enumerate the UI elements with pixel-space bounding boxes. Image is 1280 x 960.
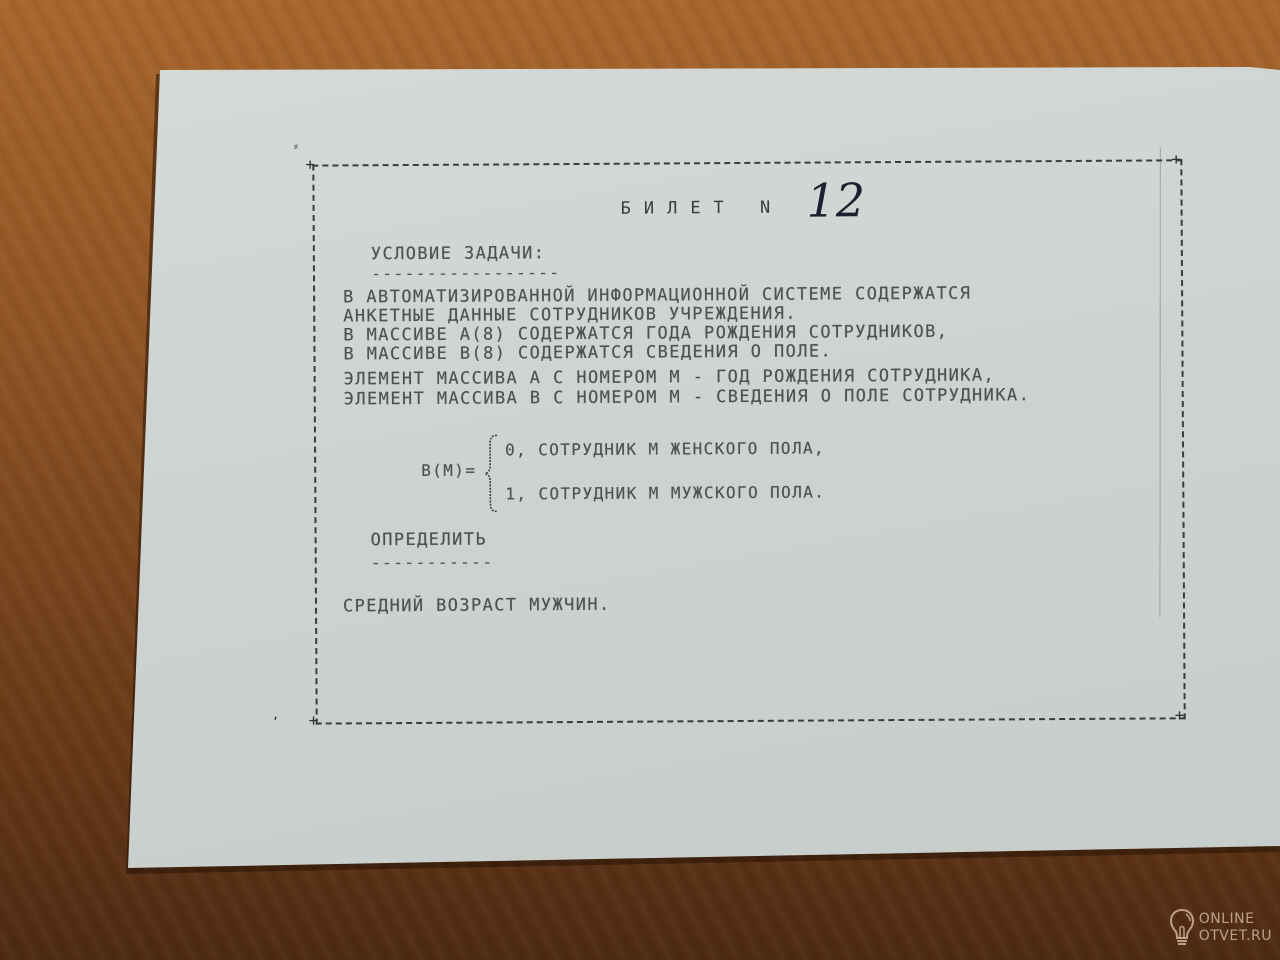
condition-heading: УСЛОВИЕ ЗАДАЧИ: bbox=[371, 243, 546, 264]
determine-heading: ОПРЕДЕЛИТЬ bbox=[371, 530, 487, 551]
determine-section: ОПРЕДЕЛИТЬ ----------- СРЕДНИЙ ВОЗРАСТ М… bbox=[0, 0, 1277, 5]
corner-plus-top-left: + bbox=[305, 157, 315, 173]
stray-mark: ʼ bbox=[272, 715, 279, 729]
formula-lhs: B(M)= bbox=[421, 461, 476, 480]
formula-block: B(M)= 0, СОТРУДНИК M ЖЕНСКОГО ПОЛА, 1, С… bbox=[0, 0, 1277, 5]
ticket-title: БИЛЕТ N bbox=[621, 198, 784, 219]
condition-section: УСЛОВИЕ ЗАДАЧИ: ----------------- В АВТО… bbox=[0, 0, 1277, 5]
watermark-line-1: ONLINE bbox=[1199, 911, 1272, 928]
formula-case-male: 1, СОТРУДНИК M МУЖСКОГО ПОЛА. bbox=[505, 482, 825, 503]
stray-mark: ⸗ bbox=[292, 139, 299, 154]
curly-brace-icon bbox=[483, 433, 499, 513]
watermark: ONLINE OTVET.RU bbox=[1169, 908, 1272, 948]
corner-plus-top-right: + bbox=[1171, 151, 1181, 167]
corner-plus-bottom-right: + bbox=[1175, 707, 1185, 723]
ticket-number-handwritten: 12 bbox=[806, 177, 865, 223]
lightbulb-icon bbox=[1169, 908, 1195, 948]
exam-ticket-sheet: ⸗ + + + + БИЛЕТ N 12 УСЛОВИЕ ЗАДАЧИ: ---… bbox=[0, 0, 1280, 960]
condition-line: ЭЛЕМЕНТ МАССИВА B С НОМЕРОМ M - СВЕДЕНИЯ… bbox=[344, 385, 1031, 409]
corner-plus-bottom-left: + bbox=[309, 713, 319, 729]
condition-line: В МАССИВЕ B(8) СОДЕРЖАТСЯ СВЕДЕНИЯ О ПОЛ… bbox=[343, 341, 832, 364]
task-text: СРЕДНИЙ ВОЗРАСТ МУЖЧИН. bbox=[343, 595, 611, 617]
condition-heading-underline: ----------------- bbox=[371, 263, 560, 284]
watermark-text: ONLINE OTVET.RU bbox=[1199, 911, 1272, 945]
ticket-header: БИЛЕТ N 12 bbox=[0, 0, 1277, 5]
determine-heading-underline: ----------- bbox=[371, 553, 494, 574]
formula-case-female: 0, СОТРУДНИК M ЖЕНСКОГО ПОЛА, bbox=[505, 438, 825, 459]
watermark-line-2: OTVET.RU bbox=[1199, 928, 1272, 945]
